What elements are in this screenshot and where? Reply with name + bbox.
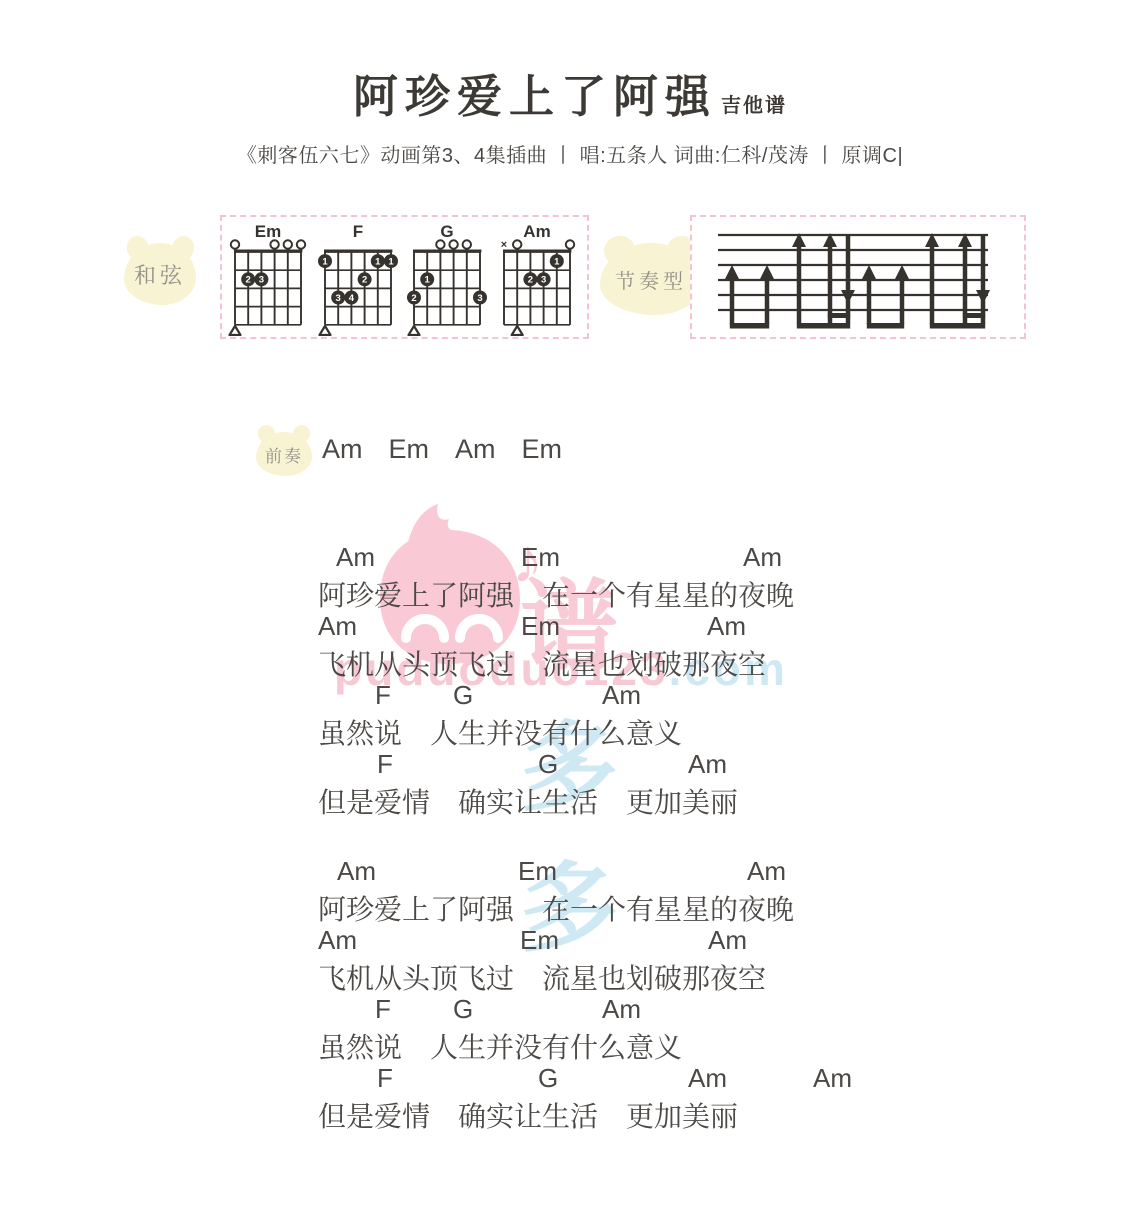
- lyric-line: 飞机从头顶飞过 流星也划破那夜空: [318, 643, 958, 678]
- svg-text:1: 1: [388, 257, 394, 268]
- svg-text:3: 3: [259, 275, 264, 286]
- rhythm-pattern-box: [690, 215, 1026, 339]
- svg-text:×: ×: [501, 239, 507, 251]
- lyric-line: 虽然说 人生并没有什么意义: [318, 1026, 958, 1061]
- chord-sheet-page: ♪ 谱多多 puduoduo123.com 阿珍爱上了阿强吉他谱 《刺客伍六七》…: [0, 0, 1140, 1209]
- chord-symbol: F: [375, 994, 391, 1025]
- chord-symbol: Am: [708, 925, 747, 956]
- chord-symbol: Am: [318, 611, 357, 642]
- chord-diagram-Am: Am×123: [492, 217, 580, 336]
- header: 阿珍爱上了阿强吉他谱 《刺客伍六七》动画第3、4集插曲 丨 唱:五条人 词曲:仁…: [0, 60, 1140, 168]
- chords-section-label: 和弦: [124, 243, 196, 305]
- intro-chord-symbol: Am: [322, 434, 363, 465]
- svg-text:1: 1: [375, 257, 381, 268]
- chord-symbol: Am: [813, 1063, 852, 1094]
- svg-text:3: 3: [541, 275, 546, 286]
- verse: AmEmAm阿珍爱上了阿强 在一个有星星的夜晚AmEmAm飞机从头顶飞过 流星也…: [318, 854, 958, 1130]
- svg-text:1: 1: [425, 275, 431, 286]
- svg-text:G: G: [440, 222, 453, 241]
- svg-text:1: 1: [322, 257, 328, 268]
- chord-diagram-Em: Em23: [223, 217, 311, 336]
- chord-symbol: G: [453, 994, 473, 1025]
- chord-symbol: Am: [337, 856, 376, 887]
- svg-text:Am: Am: [523, 222, 550, 241]
- intro-chord-symbol: Em: [389, 434, 430, 465]
- chord-symbol: Em: [520, 925, 559, 956]
- chord-line: AmEmAm: [318, 923, 958, 957]
- intro-chords: AmEmAmEm: [322, 434, 562, 465]
- chord-symbol: G: [538, 749, 558, 780]
- chord-symbol: Am: [336, 542, 375, 573]
- chord-symbol: Am: [747, 856, 786, 887]
- chord-symbol: Am: [602, 994, 641, 1025]
- intro-label: 前奏: [256, 432, 312, 476]
- svg-text:3: 3: [477, 293, 482, 304]
- chord-line: FGAm: [318, 678, 958, 712]
- chord-symbol: F: [377, 1063, 393, 1094]
- svg-text:2: 2: [411, 293, 416, 304]
- chord-line: FGAm: [318, 747, 958, 781]
- svg-text:3: 3: [336, 293, 341, 304]
- subtitle: 《刺客伍六七》动画第3、4集插曲 丨 唱:五条人 词曲:仁科/茂涛 丨 原调C|: [0, 139, 1140, 168]
- lyric-line: 虽然说 人生并没有什么意义: [318, 712, 958, 747]
- chord-symbol: Am: [743, 542, 782, 573]
- intro-chord-symbol: Am: [455, 434, 496, 465]
- svg-text:4: 4: [349, 293, 355, 304]
- lyric-line: 阿珍爱上了阿强 在一个有星星的夜晚: [318, 574, 958, 609]
- chord-symbol: Em: [521, 542, 560, 573]
- lyric-line: 但是爱情 确实让生活 更加美丽: [318, 1095, 958, 1130]
- lyric-line: 阿珍爱上了阿强 在一个有星星的夜晚: [318, 888, 958, 923]
- svg-text:2: 2: [528, 275, 533, 286]
- strumming-pattern: [692, 217, 1020, 333]
- lyric-line: 但是爱情 确实让生活 更加美丽: [318, 781, 958, 816]
- chord-symbol: F: [375, 680, 391, 711]
- chord-symbol: Am: [602, 680, 641, 711]
- chord-symbol: Em: [521, 611, 560, 642]
- chord-diagram-F: F111234: [313, 217, 401, 336]
- chord-symbol: G: [453, 680, 473, 711]
- lyric-line: 飞机从头顶飞过 流星也划破那夜空: [318, 957, 958, 992]
- svg-text:2: 2: [246, 275, 251, 286]
- chord-symbol: Am: [688, 749, 727, 780]
- chord-line: AmEmAm: [318, 854, 958, 888]
- svg-text:Em: Em: [255, 222, 281, 241]
- page-title: 阿珍爱上了阿强: [353, 71, 717, 122]
- title-suffix: 吉他谱: [721, 95, 787, 117]
- chord-symbol: Am: [318, 925, 357, 956]
- chord-symbol: G: [538, 1063, 558, 1094]
- intro-chord-symbol: Em: [522, 434, 563, 465]
- svg-text:F: F: [353, 222, 363, 241]
- chord-line: FGAm: [318, 992, 958, 1026]
- rhythm-section-label: 节奏型: [600, 243, 702, 315]
- verse: AmEmAm阿珍爱上了阿强 在一个有星星的夜晚AmEmAm飞机从头顶飞过 流星也…: [318, 540, 958, 816]
- chord-symbol: Am: [707, 611, 746, 642]
- svg-text:1: 1: [554, 257, 560, 268]
- chord-diagrams-box: Em23F111234G123Am×123: [220, 215, 589, 339]
- chord-symbol: F: [377, 749, 393, 780]
- chord-symbol: Am: [688, 1063, 727, 1094]
- chord-line: FGAmAm: [318, 1061, 958, 1095]
- chord-line: AmEmAm: [318, 609, 958, 643]
- svg-text:2: 2: [362, 275, 367, 286]
- chord-diagram-G: G123: [402, 217, 490, 336]
- chord-line: AmEmAm: [318, 540, 958, 574]
- chord-symbol: Em: [518, 856, 557, 887]
